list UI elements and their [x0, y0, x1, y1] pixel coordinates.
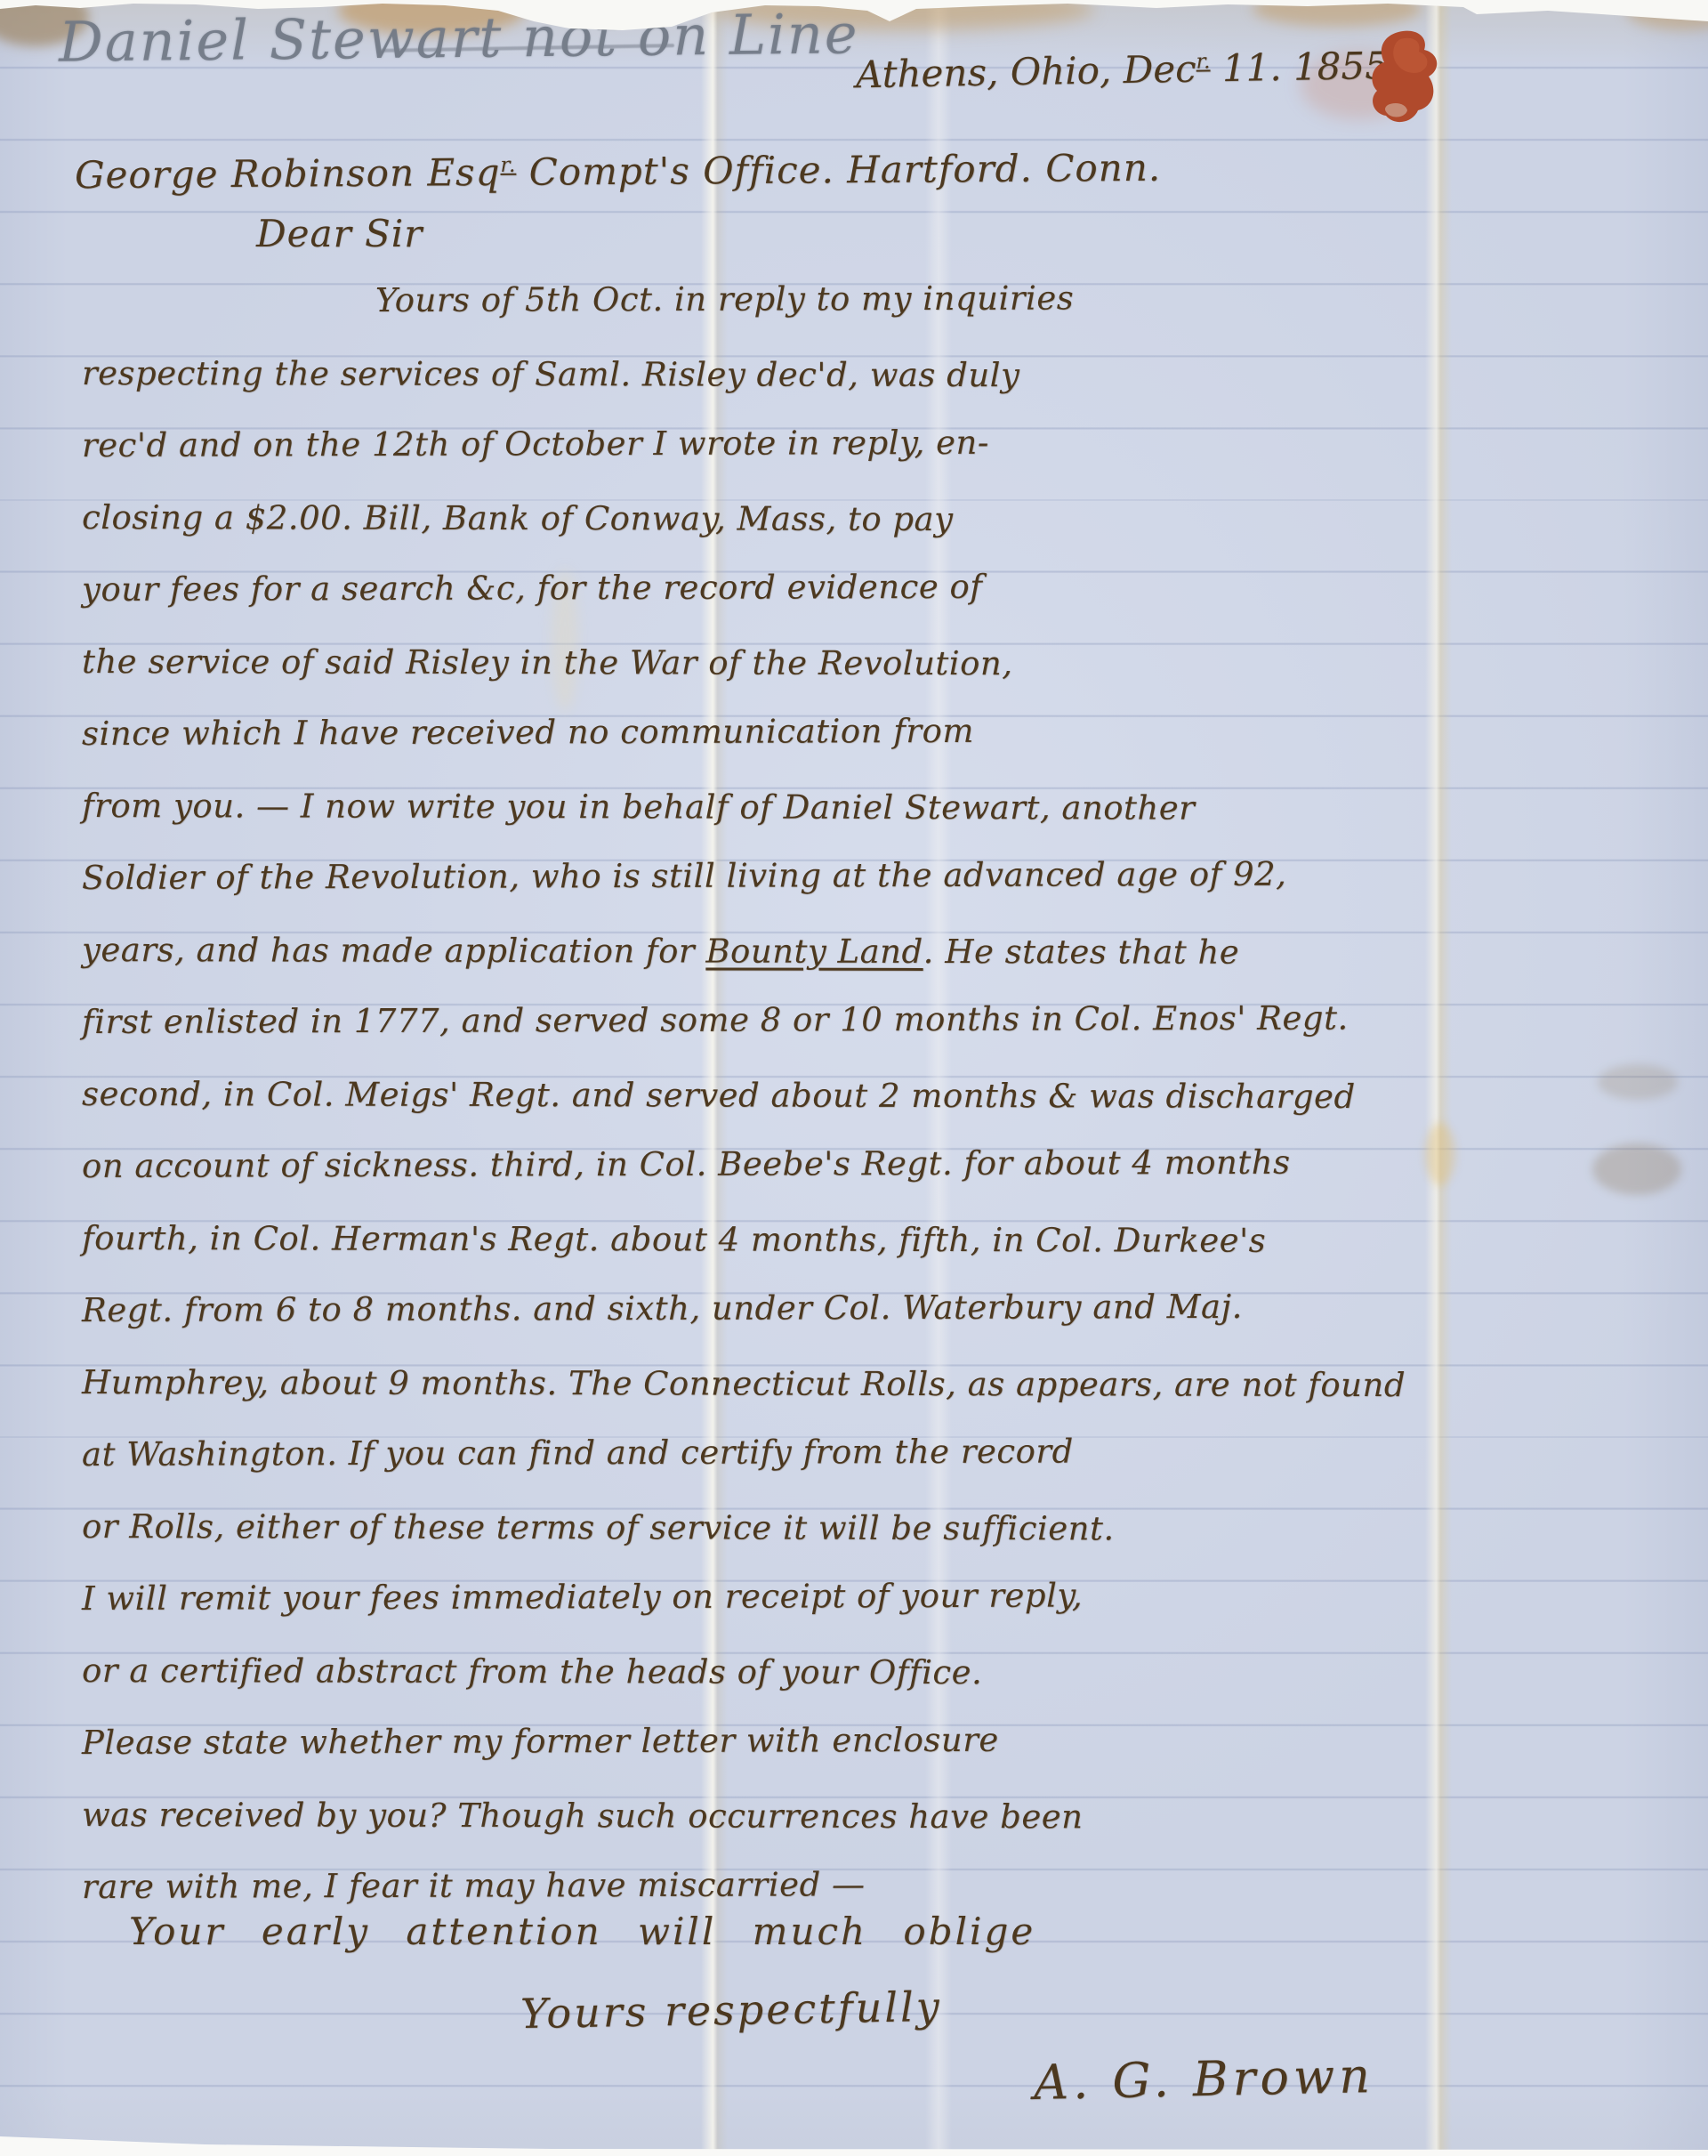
letter-line: from you. — I now write you in behalf of…: [82, 770, 1406, 844]
letter-line: on account of sickness. third, in Col. B…: [82, 1126, 1406, 1202]
wax-seal-icon: [1368, 30, 1457, 130]
pencil-annotation: Daniel Stewart not on Line: [59, 1, 859, 74]
letter-page: Daniel Stewart not on Line Athens, Ohio,…: [0, 0, 1708, 2156]
letter-line: the service of said Risley in the War of…: [82, 626, 1406, 700]
valediction: Yours respectfully: [520, 1982, 943, 2038]
superscript: r.: [500, 154, 516, 177]
letter-line: Humphrey, about 9 months. The Connecticu…: [82, 1346, 1406, 1421]
closing-line: Your early attention will much oblige: [129, 1910, 1035, 1953]
recipient-text: Compt's Office. Hartford. Conn.: [516, 146, 1161, 194]
letter-line: Soldier of the Revolution, who is still …: [82, 837, 1406, 914]
salutation: Dear Sir: [256, 212, 423, 255]
letter-line-text: years, and has made application for: [82, 931, 705, 970]
letter-line: years, and has made application for Boun…: [82, 914, 1406, 989]
fold-crease-right: [1425, 0, 1452, 2156]
letter-line: respecting the services of Saml. Risley …: [82, 337, 1406, 412]
letter-line: or Rolls, either of these terms of servi…: [82, 1490, 1406, 1565]
letter-line: rec'd and on the 12th of October I wrote…: [82, 405, 1406, 481]
letter-line: Yours of 5th Oct. in reply to my inquiri…: [82, 261, 1406, 337]
letter-line: second, in Col. Meigs' Regt. and served …: [82, 1058, 1406, 1133]
ink-smudge: [1592, 1143, 1681, 1195]
letter-line: fourth, in Col. Herman's Regt. about 4 m…: [82, 1202, 1406, 1277]
letter-line: your fees for a search &c, for the recor…: [82, 549, 1406, 626]
letter-body: Yours of 5th Oct. in reply to my inquiri…: [82, 265, 1406, 1923]
letter-line: or a certified abstract from the heads o…: [82, 1635, 1406, 1709]
letter-line: was received by you? Though such occurre…: [82, 1779, 1406, 1853]
recipient-text: George Robinson Esq: [75, 150, 501, 197]
signature: A. G. Brown: [1033, 2047, 1374, 2111]
ink-smudge: [1598, 1064, 1678, 1100]
underlined-phrase: Bounty Land: [705, 932, 922, 971]
recipient-line: George Robinson Esqr. Compt's Office. Ha…: [75, 146, 1161, 198]
letter-line: at Washington. If you can find and certi…: [82, 1414, 1406, 1490]
letter-line: first enlisted in 1777, and served some …: [82, 981, 1406, 1058]
dateline-text: Athens, Ohio, Dec: [856, 47, 1196, 97]
letter-line: Regt. from 6 to 8 months. and sixth, und…: [82, 1270, 1406, 1346]
superscript: r.: [1196, 50, 1210, 73]
letter-line: closing a $2.00. Bill, Bank of Conway, M…: [82, 481, 1406, 556]
letter-line: Please state whether my former letter wi…: [82, 1702, 1406, 1779]
letter-line-text: . He states that he: [923, 933, 1240, 972]
letter-line: I will remit your fees immediately on re…: [82, 1558, 1406, 1635]
letter-line: since which I have received no communica…: [82, 693, 1406, 770]
fold-discoloration: [1425, 1123, 1455, 1185]
